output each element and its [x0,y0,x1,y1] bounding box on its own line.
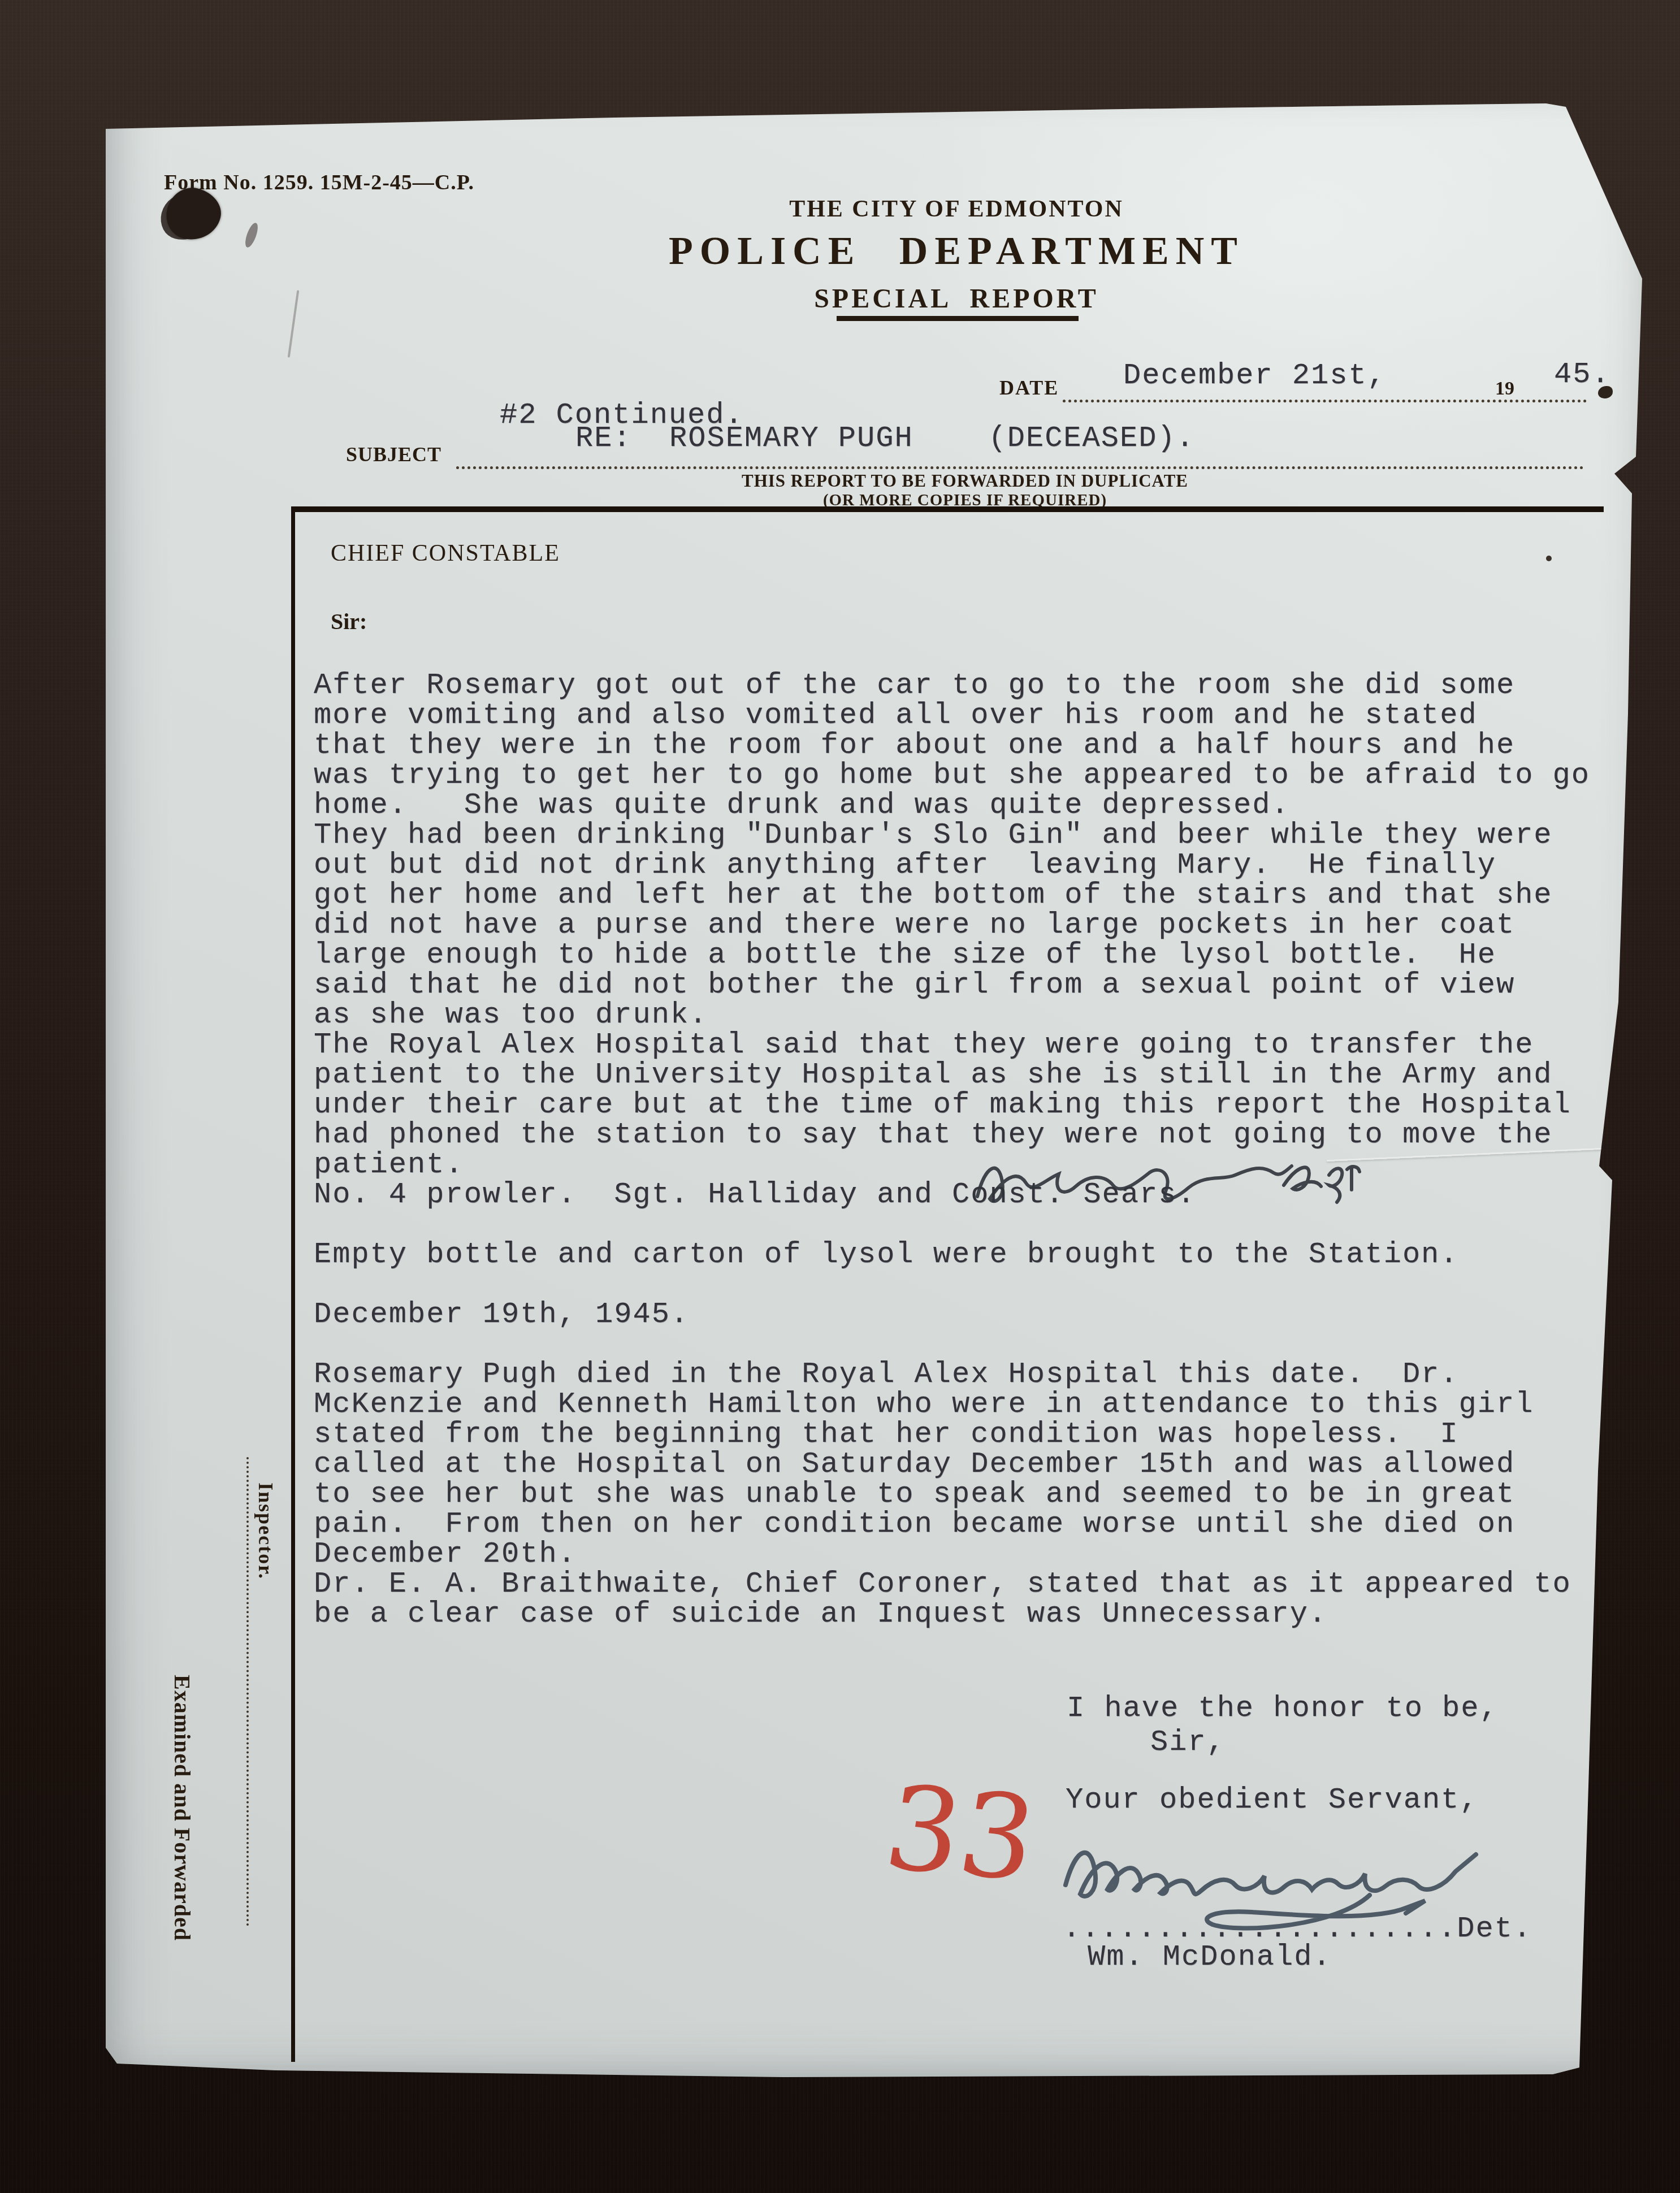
typed-line: patient. [314,1150,1614,1180]
examined-forwarded-label: Examined and Forwarded [169,1675,196,1941]
typed-line: No. 4 prowler. Sgt. Halliday and Const. … [314,1180,1614,1210]
typed-line: out but did not drink anything after lea… [314,850,1614,880]
typed-line: After Rosemary got out of the car to go … [314,670,1614,700]
typed-line [314,1269,1614,1299]
typed-line: patient to the University Hospital as sh… [314,1060,1614,1090]
paper-crease-mark [288,290,300,357]
typed-line: called at the Hospital on Saturday Decem… [314,1449,1614,1479]
letterhead: THE CITY OF EDMONTON POLICE DEPARTMENT S… [561,103,1352,346]
inspector-label: Inspector. [254,1483,278,1580]
report-box-left-border [291,506,295,2062]
form-number: Form No. 1259. 15M-2-45—C.P. [164,170,474,195]
year-value: 45. [1554,358,1610,391]
typed-line: They had been drinking "Dunbar's Slo Gin… [314,820,1614,850]
report-body: After Rosemary got out of the car to go … [314,670,1614,1629]
letterhead-rule [837,316,1079,321]
subject-value: RE: ROSEMARY PUGH (DECEASED). [575,422,1195,455]
typed-line: stated from the beginning that her condi… [314,1419,1614,1449]
closing-line-2: Sir, [1150,1726,1226,1759]
typed-line: did not have a purse and there were no l… [314,910,1614,940]
typed-line: home. She was quite drunk and was quite … [314,790,1614,820]
typed-line: had phoned the station to say that they … [314,1120,1614,1150]
typed-line: be a clear case of suicide an Inquest wa… [314,1599,1614,1629]
typed-line: large enough to hide a bottle the size o… [314,940,1614,970]
typed-line: under their care but at the time of maki… [314,1090,1614,1120]
typed-line: Empty bottle and carton of lysol were br… [314,1239,1614,1269]
ink-speck [1598,386,1613,398]
typed-line: that they were in the room for about one… [314,730,1614,760]
typed-line: Rosemary Pugh died in the Royal Alex Hos… [314,1359,1614,1389]
date-label: DATE [999,376,1059,400]
forward-note-line1: THIS REPORT TO BE FORWARDED IN DUPLICATE [682,471,1248,491]
typed-line: to see her but she was unable to speak a… [314,1479,1614,1509]
closing-line-1: I have the honor to be, [1067,1692,1499,1725]
typed-line: December 19th, 1945. [314,1299,1614,1329]
typed-line: said that he did not bother the girl fro… [314,970,1614,1000]
typed-line: was trying to get her to go home but she… [314,760,1614,790]
report-sheet: Form No. 1259. 15M-2-45—C.P. THE CITY OF… [106,103,1642,2077]
ink-speck [1546,556,1552,561]
typed-line [314,1329,1614,1359]
typed-line: as she was too drunk. [314,1000,1614,1030]
photo-backdrop: Form No. 1259. 15M-2-45—C.P. THE CITY OF… [0,0,1680,2193]
date-value: December 21st, [1123,359,1386,392]
year-prefix: 19 [1495,378,1514,400]
typed-line: Dr. E. A. Braithwaite, Chief Coroner, st… [314,1569,1614,1599]
typed-line [314,1210,1614,1239]
typed-line: more vomiting and also vomited all over … [314,700,1614,730]
typed-line: got her home and left her at the bottom … [314,880,1614,910]
sears-signature-handwriting [969,1142,1376,1227]
red-pencil-number: 33 [878,1771,1043,1899]
report-box-top-border [291,506,1604,512]
subject-label: SUBJECT [346,443,441,466]
salutation: Sir: [331,608,367,635]
typed-line: December 20th. [314,1539,1614,1569]
letterhead-report-type: SPECIAL REPORT [561,283,1352,314]
typed-signature-name: Wm. McDonald. [1088,1940,1332,1974]
inspector-dotted-line [246,1457,249,1926]
addressee: CHIEF CONSTABLE [331,540,560,567]
typed-line: The Royal Alex Hospital said that they w… [314,1030,1614,1060]
letterhead-city: THE CITY OF EDMONTON [561,196,1352,223]
typed-line: pain. From then on her condition became … [314,1509,1614,1539]
closing-line-3: Your obedient Servant, [1066,1783,1479,1817]
letterhead-department: POLICE DEPARTMENT [561,229,1352,274]
typed-line: McKenzie and Kenneth Hamilton who were i… [314,1389,1614,1419]
paper-smudge [243,222,261,249]
